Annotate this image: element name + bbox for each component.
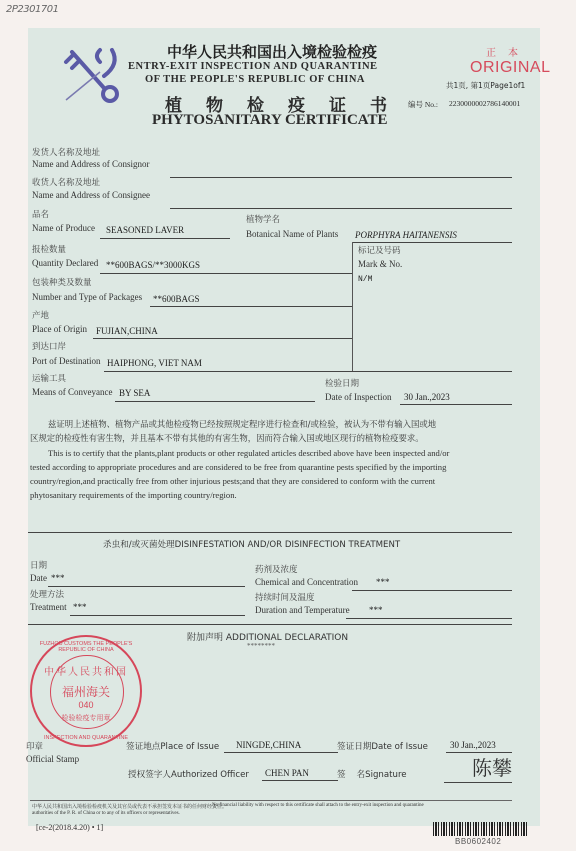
stamp-bottom-en: INSPECTION AND QUARANTINE	[32, 735, 140, 741]
consignee-label-en: Name and Address of Consignee	[32, 190, 150, 200]
treatment-method-label-en: Treatment	[30, 602, 67, 612]
treatment-date-label-cn: 日期	[30, 559, 47, 571]
barcode-icon	[433, 822, 529, 836]
certification-cn-line2: 区规定的检疫性有害生物，并且基本不带有其他的有害生物，因而符合输入国或地区现行的…	[30, 431, 424, 445]
disclaimer-en-2: authorities of the P. R. of China or to …	[32, 811, 180, 816]
form-code: [ce-2(2018.4.20) • 1]	[36, 823, 103, 832]
packages-label-en: Number and Type of Packages	[32, 292, 142, 302]
conveyance-label-cn: 运输工具	[32, 372, 66, 384]
packages-label-cn: 包装种类及数量	[32, 276, 92, 288]
packages-value: **600BAGS	[153, 294, 200, 304]
place-of-issue-label: 签证地点Place of Issue	[126, 740, 219, 752]
treatment-method-label-cn: 处理方法	[30, 588, 64, 600]
produce-label-en: Name of Produce	[32, 223, 95, 233]
disclaimer-cn: 中华人民共和国出入境检验检疫机关及其官员或代表不承担签发本证书的任何财经责任。	[32, 803, 227, 810]
stamp-center-cn: 福州海关	[32, 683, 140, 700]
consignee-label-cn: 收货人名称及地址	[32, 176, 100, 188]
signature-value: 陈攀	[472, 752, 512, 781]
quantity-label-en: Quantity Declared	[32, 258, 98, 268]
mark-label-en: Mark & No.	[358, 259, 402, 269]
inspection-date-label-en: Date of Inspection	[325, 392, 391, 402]
certification-en-line1: This is to certify that the plants,plant…	[48, 446, 449, 460]
certification-en-line2: tested according to appropriate procedur…	[30, 460, 446, 474]
date-of-issue-label: 签证日期Date of Issue	[337, 740, 428, 752]
cert-no: 2230000002786140001	[449, 99, 520, 108]
origin-label-en: Place of Origin	[32, 324, 87, 334]
official-stamp: 中华人民共和国 福州海关 040 检验检疫专用章 FUZHOU CUSTOMS …	[30, 635, 142, 747]
quantity-label-cn: 报检数量	[32, 243, 66, 255]
inspection-date-label-cn: 检验日期	[325, 377, 359, 389]
consignor-label-cn: 发货人名称及地址	[32, 146, 100, 158]
official-stamp-label-en: Official Stamp	[26, 754, 79, 764]
handwritten-reference: 2P2301701	[6, 4, 58, 15]
duration-value: ***	[369, 605, 383, 615]
authority-name-cn: 中华人民共和国出入境检验检疫	[167, 41, 377, 62]
botanical-label-cn: 植物学名	[246, 213, 280, 225]
destination-value: HAIPHONG, VIET NAM	[107, 358, 202, 368]
authority-name-en-2: OF THE PEOPLE'S REPUBLIC OF CHINA	[145, 74, 365, 85]
destination-label-cn: 到达口岸	[32, 340, 66, 352]
certificate-title-en: PHYTOSANITARY CERTIFICATE	[152, 112, 388, 129]
authority-name-en-1: ENTRY-EXIT INSPECTION AND QUARANTINE	[128, 61, 378, 72]
treatment-date-value: ***	[51, 573, 65, 583]
consignor-label-en: Name and Address of Consignor	[32, 159, 149, 169]
stamp-arc-cn: 中华人民共和国	[32, 663, 140, 678]
mark-value: N/M	[358, 275, 372, 284]
origin-label-cn: 产地	[32, 309, 49, 321]
date-of-issue-value: 30 Jan.,2023	[450, 740, 496, 750]
stamp-outer-text: FUZHOU CUSTOMS THE PEOPLE'S REPUBLIC OF …	[32, 641, 140, 653]
chemical-value: ***	[376, 577, 390, 587]
produce-value: SEASONED LAVER	[106, 225, 184, 235]
page-info: 共1页, 第1页Page1of1	[446, 80, 525, 91]
cert-no-label: 编号 No.:	[408, 99, 438, 110]
produce-label-cn: 品名	[32, 208, 49, 220]
certification-en-line3: country/region,and practically free from…	[30, 474, 435, 488]
treatment-heading: 杀虫和/或灭菌处理DISINFESTATION AND/OR DISINFECT…	[103, 538, 400, 550]
original-mark-en: ORIGINAL	[470, 59, 550, 77]
botanical-value: PORPHYRA HAITANENSIS	[355, 230, 457, 240]
certification-cn-line1: 兹证明上述植物、植物产品或其他检疫物已经按照规定程序进行检查和/或检验，被认为不…	[48, 417, 436, 431]
destination-label-en: Port of Destination	[32, 356, 101, 366]
authorized-officer-label: 授权签字人Authorized Officer	[128, 768, 249, 780]
certification-en-line4: phytosanitary requirements of the import…	[30, 488, 237, 502]
conveyance-label-en: Means of Conveyance	[32, 387, 112, 397]
treatment-method-value: ***	[73, 602, 87, 612]
official-stamp-label-cn: 印章	[26, 740, 43, 752]
customs-emblem-icon	[60, 42, 130, 108]
treatment-date-label-en: Date	[30, 573, 47, 583]
botanical-label-en: Botanical Name of Plants	[246, 229, 338, 239]
quantity-value: **600BAGS/**3000KGS	[106, 260, 200, 270]
chemical-label-cn: 药剂及浓度	[255, 563, 298, 575]
stamp-bottom-cn: 检验检疫专用章	[32, 713, 140, 723]
conveyance-value: BY SEA	[119, 388, 150, 398]
duration-label-cn: 持续时间及温度	[255, 591, 315, 603]
additional-declaration-value: ********	[247, 642, 275, 650]
stamp-number: 040	[32, 700, 140, 710]
mark-label-cn: 标记及号码	[358, 244, 401, 256]
inspection-date-value: 30 Jan.,2023	[404, 392, 450, 402]
original-mark-cn: 正本	[486, 44, 530, 59]
authorized-officer-value: CHEN PAN	[265, 768, 309, 778]
chemical-label-en: Chemical and Concentration	[255, 577, 358, 587]
place-of-issue-value: NINGDE,CHINA	[236, 740, 301, 750]
signature-label: 签 名Signature	[337, 768, 407, 780]
origin-value: FUJIAN,CHINA	[96, 326, 158, 336]
disclaimer-en-1: No financial liability with respect to t…	[212, 803, 424, 808]
duration-label-en: Duration and Temperature	[255, 605, 350, 615]
barcode-number: BB0602402	[455, 837, 501, 846]
